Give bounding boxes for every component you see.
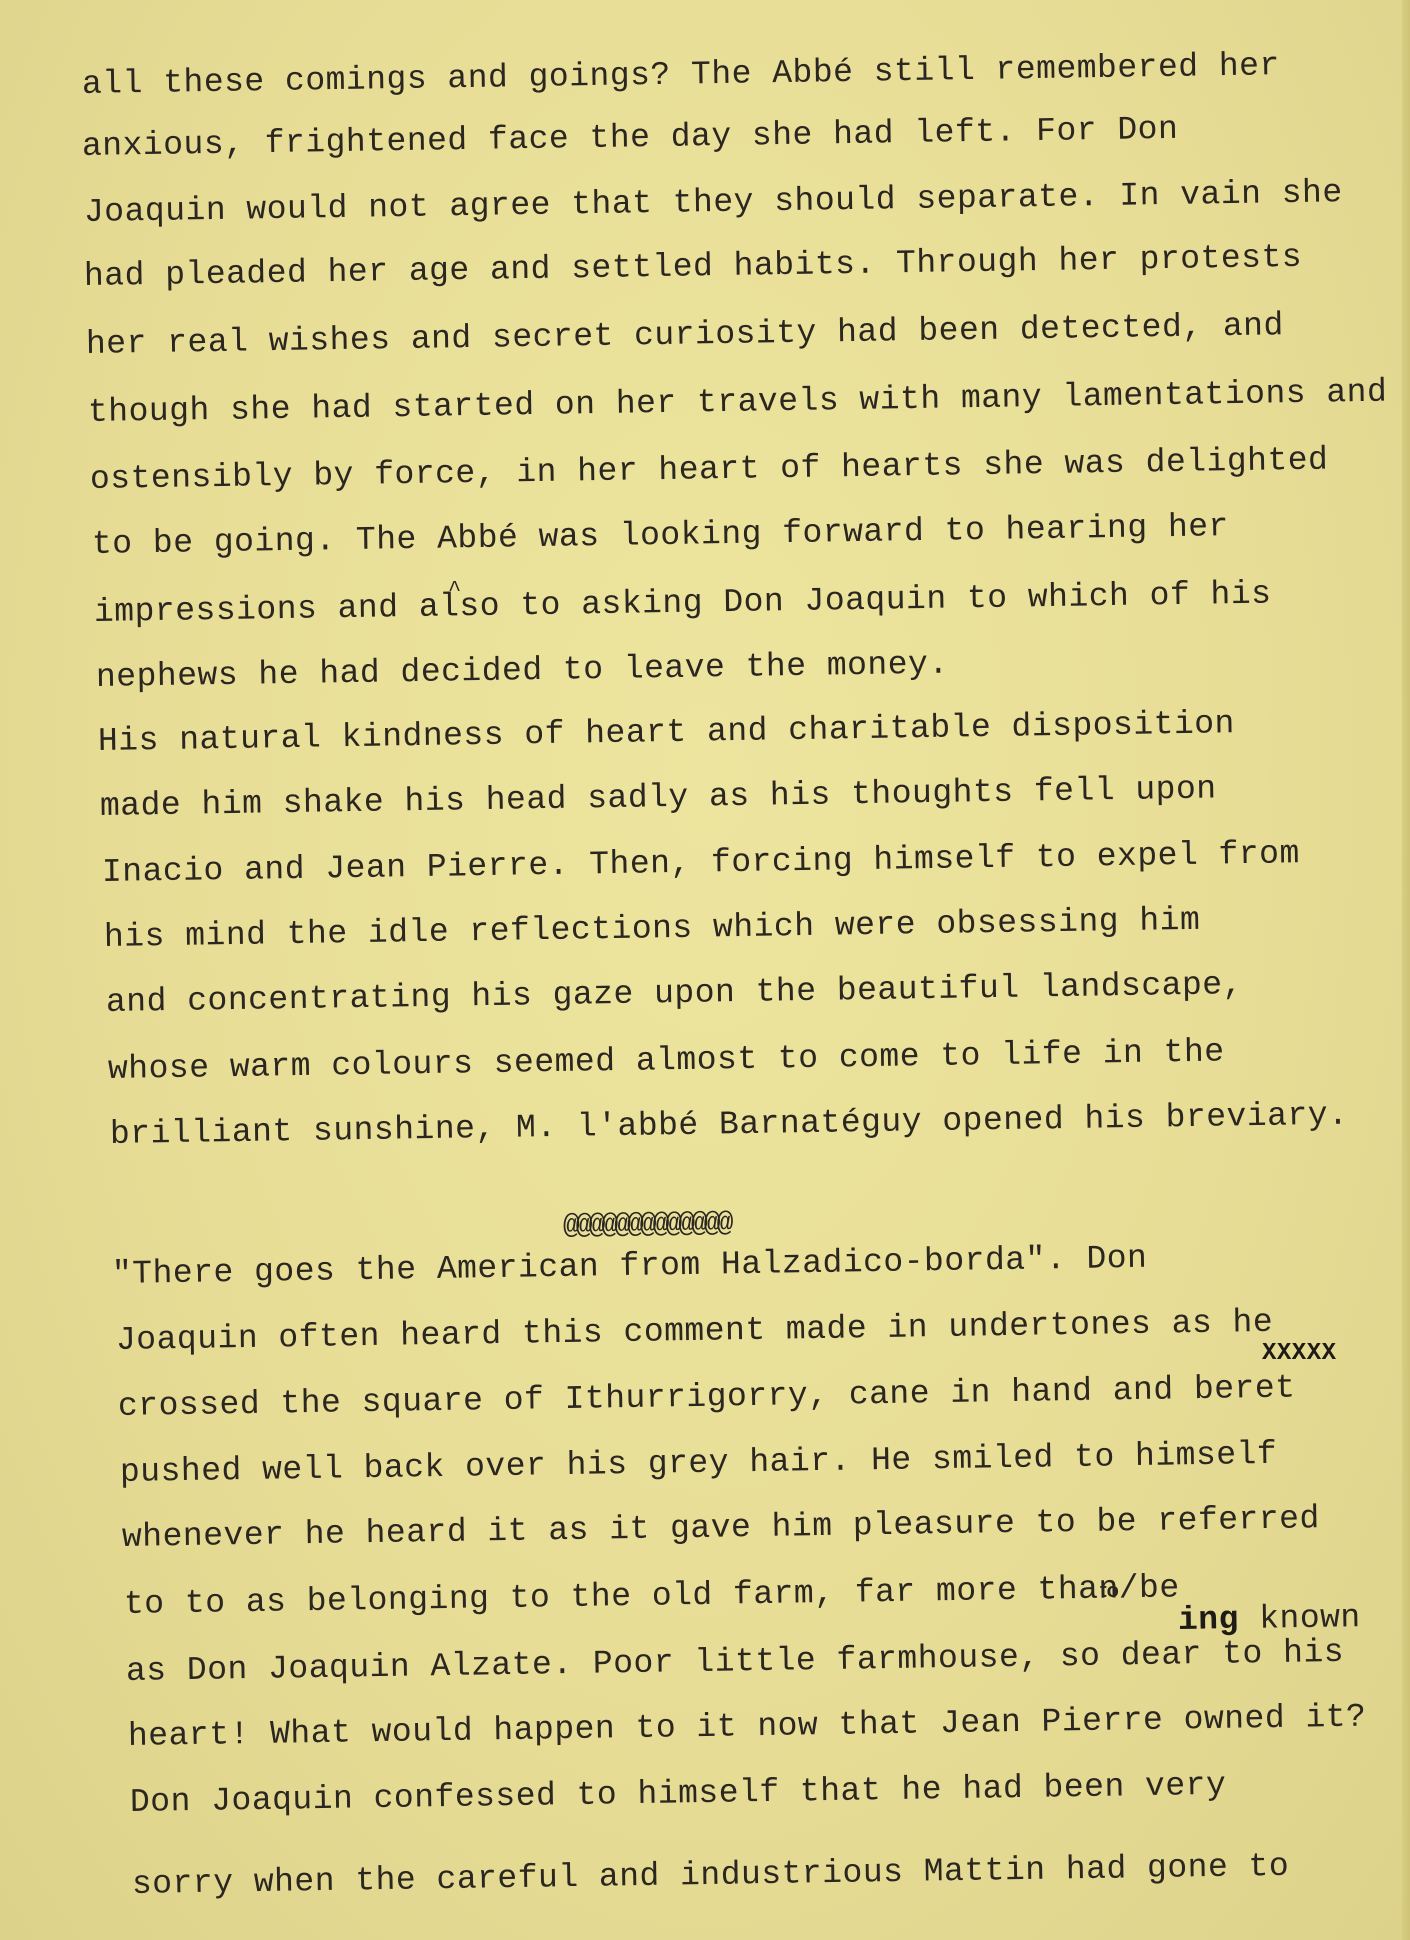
text-line: and concentrating his gaze upon the beau… [106,966,1243,1021]
text-line: whenever he heard it as it gave him plea… [122,1500,1320,1556]
overstruck-word: ing known [1178,1599,1361,1639]
text-line: made him shake his head sadly as his tho… [100,770,1217,825]
text-line: crossed the square of Ithurrigorry, cane… [118,1370,1296,1425]
overstrike-ing: ing [1178,1601,1239,1639]
text-line: all these comings and goings? The Abbé s… [82,47,1280,103]
text-line: though she had started on her travels wi… [88,374,1388,431]
text-line: ostensibly by force, in her heart of hea… [90,442,1329,498]
text-line: sorry when the careful and industrious M… [132,1848,1290,1903]
text-line: anxious, frightened face the day she had… [82,111,1179,165]
section-divider-ornament: @@@@@@@@@@@@@ [563,1209,730,1243]
word-known: known [1259,1599,1361,1638]
text-line: his mind the idle reflections which were… [104,902,1201,956]
page-edge-shadow [1402,0,1410,1940]
insertion-caret: ^ [448,578,461,603]
text-line: brilliant sunshine, M. l'abbé Barnatéguy… [110,1097,1349,1153]
text-line: "There goes the American from Halzadico-… [112,1240,1148,1293]
text-line: to be going. The Abbé was looking forwar… [92,508,1229,563]
text-line: Joaquin would not agree that they should… [84,174,1343,231]
text-line: Inacio and Jean Pierre. Then, forcing hi… [102,835,1300,891]
text-line: His natural kindness of heart and charit… [98,705,1235,760]
text-line: Don Joaquin confessed to himself that he… [130,1767,1227,1821]
text-line: her real wishes and secret curiosity had… [86,307,1284,363]
text-line: heart! What would happen to it now that … [128,1699,1367,1755]
handwritten-insertion-to: to [1100,1580,1119,1603]
text-line: impressions and also to asking Don Joaqu… [94,576,1272,631]
text-line: nephews he had decided to leave the mone… [96,646,949,696]
strikeout-mark: XXXXX [1262,1340,1337,1367]
text-line: pushed well back over his grey hair. He … [120,1436,1278,1491]
text-line: whose warm colours seemed almost to come… [108,1033,1225,1088]
text-line: had pleaded her age and settled habits. … [84,239,1303,295]
text-line: Joaquin often heard this comment made in… [116,1304,1274,1359]
text-line: to to as belonging to the old farm, far … [124,1569,1180,1623]
typewritten-page: all these comings and goings? The Abbé s… [0,0,1410,1940]
text-line: as Don Joaquin Alzate. Poor little farmh… [126,1634,1345,1690]
